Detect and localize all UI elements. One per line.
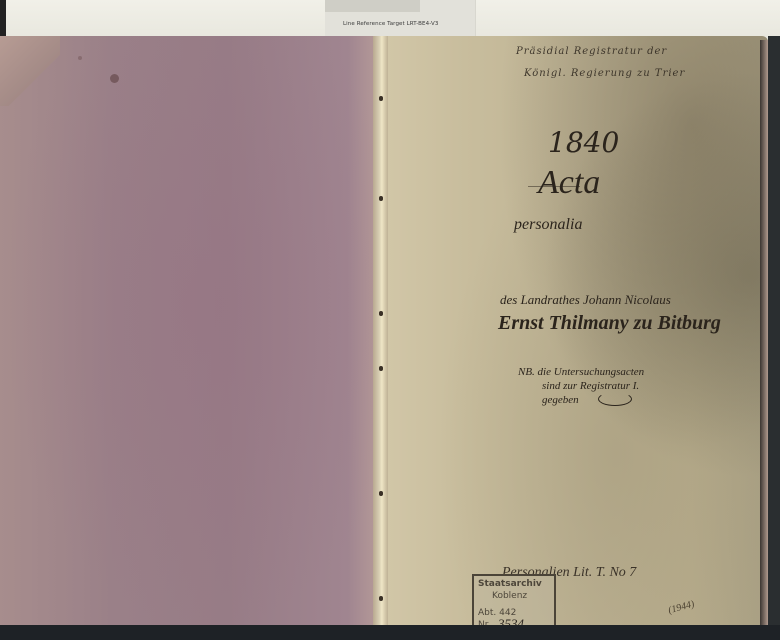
file-subject: personalia (514, 216, 582, 234)
binding-stitch (379, 96, 383, 101)
binding-stitch (379, 311, 383, 316)
scanner-dark-edge-right (768, 36, 780, 640)
registry-header-line-2: Königl. Regierung zu Trier (524, 68, 685, 79)
note-line-3: gegeben (542, 394, 579, 406)
cover-stain (110, 74, 119, 83)
note-line-2: sind zur Registratur I. (542, 380, 639, 392)
binding-stitch (379, 596, 383, 601)
scanner-edge (0, 0, 6, 38)
file-title: Acta (538, 164, 600, 202)
binding-stitch (379, 196, 383, 201)
person-line-1: des Landrathes Johann Nicolaus (500, 292, 671, 308)
stamp-city: Koblenz (492, 591, 527, 601)
cover-corner-fold (0, 36, 60, 106)
note-line-1: NB. die Untersuchungsacten (518, 366, 644, 378)
person-line-2: Ernst Thilmany zu Bitburg (498, 312, 721, 335)
note-flourish (598, 392, 632, 406)
inside-front-cover (0, 36, 378, 634)
stamp-archive-name: Staatsarchiv (478, 579, 542, 589)
reference-target-label: Line Reference Target LRT-BE4-V3 (343, 21, 438, 27)
reference-swatch (325, 0, 420, 12)
reference-target-card: Line Reference Target LRT-BE4-V3 (325, 0, 476, 36)
page-edge (760, 40, 768, 632)
binding-spine (373, 36, 389, 634)
file-year: 1840 (548, 126, 619, 159)
title-underline (528, 186, 580, 187)
cover-stain (78, 56, 82, 60)
binding-stitch (379, 491, 383, 496)
scanner-dark-edge-bottom (0, 625, 780, 640)
registry-header-line-1: Präsidial Registratur der (516, 46, 667, 57)
binding-stitch (379, 366, 383, 371)
